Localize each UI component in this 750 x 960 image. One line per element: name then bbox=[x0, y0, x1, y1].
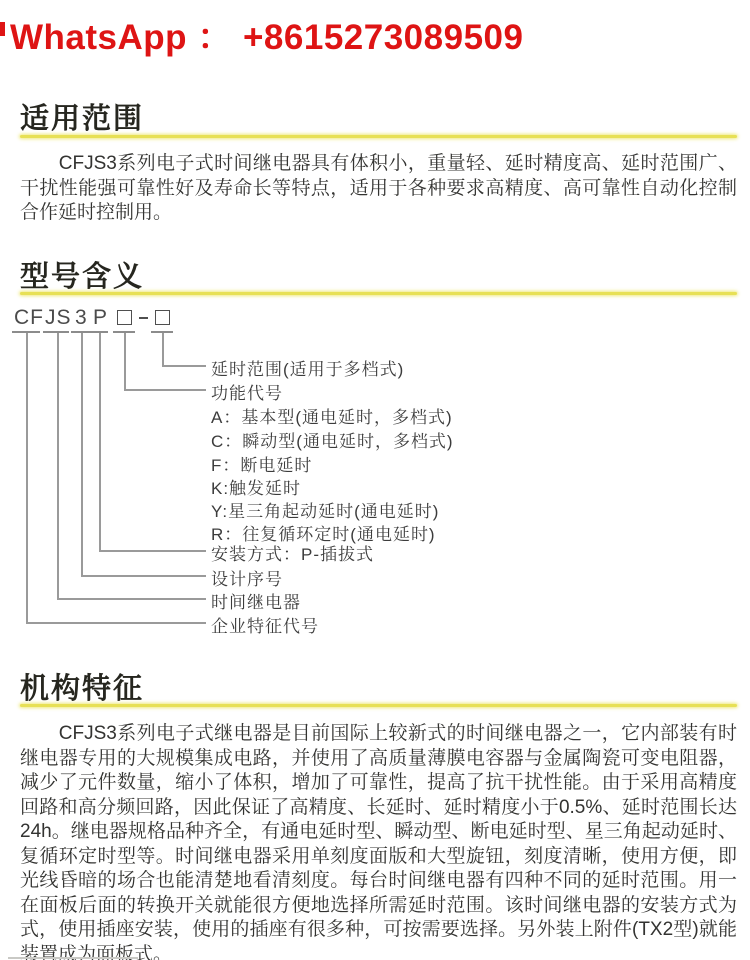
paragraph-line: 在面板后面的转换开关就能很方便地选择所需延时范围。该时间继电器的安装方式为插入 bbox=[20, 894, 737, 919]
model-part-js: JS bbox=[45, 306, 72, 330]
model-placeholder-box-1 bbox=[117, 310, 132, 325]
model-part-p: P bbox=[93, 306, 108, 330]
label-type-a: A：基本型(通电延时，多档式) bbox=[211, 403, 453, 428]
connector-line-3 bbox=[81, 333, 83, 575]
connector-elbow bbox=[57, 598, 206, 600]
model-part-3: 3 bbox=[75, 306, 88, 330]
connector-line-js bbox=[57, 333, 59, 598]
paragraph-line: 继电器专用的大规模集成电路，并使用了高质量薄膜电容器与金属陶瓷可变电阻器，从而 bbox=[20, 747, 737, 772]
label-time-relay: 时间继电器 bbox=[211, 588, 301, 613]
paragraph-line: 式，使用插座安装，使用的插座有很多种，可按需要选择。另外装上附件(TX2型)就能… bbox=[20, 918, 737, 943]
connector-elbow bbox=[81, 575, 206, 577]
whatsapp-contact-banner: WhatsApp ： +8615273089509 bbox=[10, 10, 523, 60]
connector-line-p bbox=[99, 333, 101, 550]
accent-underline bbox=[20, 135, 737, 138]
label-type-k: K:触发延时 bbox=[211, 474, 301, 499]
connector-line-box2 bbox=[162, 333, 164, 365]
paragraph-line: 24h。继电器规格品种齐全，有通电延时型、瞬动型、断电延时型、星三角起动延时、往 bbox=[20, 820, 737, 845]
connector-elbow bbox=[99, 550, 206, 552]
paragraph-line: 复循环定时型等。时间继电器采用单刻度面版和大型旋钮，刻度清晰，使用方便，即使在 bbox=[20, 845, 737, 870]
label-function-code: 功能代号 bbox=[211, 379, 283, 404]
model-placeholder-box-2 bbox=[155, 310, 170, 325]
label-delay-range: 延时范围(适用于多档式) bbox=[211, 355, 404, 380]
label-design-number: 设计序号 bbox=[211, 565, 283, 590]
connector-elbow bbox=[26, 622, 206, 624]
paragraph-line: 回路和高分频回路，因此保证了高精度、长延时、延时精度小于0.5%、延时范围长达 bbox=[20, 796, 737, 821]
connector-elbow bbox=[124, 389, 206, 391]
paragraph-line: CFJS3系列电子式时间继电器具有体积小，重量轻、延时精度高、延时范围广、抗 bbox=[20, 152, 737, 177]
accent-underline bbox=[20, 704, 737, 707]
label-type-y: Y:星三角起动延时(通电延时) bbox=[211, 497, 439, 522]
model-underline bbox=[43, 331, 69, 333]
connector-line-box1 bbox=[124, 333, 126, 389]
scope-paragraph: CFJS3系列电子式时间继电器具有体积小，重量轻、延时精度高、延时范围广、抗 干… bbox=[20, 152, 737, 226]
red-edge-mark bbox=[0, 22, 5, 36]
features-paragraph: CFJS3系列电子式继电器是目前国际上较新式的时间继电器之一，它内部装有时间 继… bbox=[20, 722, 737, 960]
connector-elbow bbox=[162, 365, 206, 367]
model-part-cf: CF bbox=[14, 306, 44, 330]
model-code-diagram: CF JS 3 P 延时范围(适用于多档式) 功能代号 A：基本型(通电延时，多… bbox=[0, 300, 750, 645]
label-mounting-style: 安装方式：P-插拔式 bbox=[211, 540, 374, 565]
paragraph-line: 干扰性能强可靠性好及寿命长等特点，适用于各种要求高精度、高可靠性自动化控制的场 bbox=[20, 177, 737, 202]
section-title-model-meaning: 型号含义 bbox=[20, 254, 144, 295]
paragraph-line: 合作延时控制用。 bbox=[20, 201, 737, 226]
bottom-divider-artifact bbox=[8, 957, 138, 959]
accent-underline bbox=[20, 292, 737, 295]
label-type-c: C：瞬动型(通电延时，多档式) bbox=[211, 427, 454, 452]
label-type-f: F：断电延时 bbox=[211, 451, 312, 476]
paragraph-line: 减少了元件数量，缩小了体积，增加了可靠性，提高了抗干扰性能。由于采用高精度震荡 bbox=[20, 771, 737, 796]
section-title-mechanism-features: 机构特征 bbox=[20, 666, 144, 707]
section-title-applicable-scope: 适用范围 bbox=[20, 96, 144, 137]
model-dash bbox=[139, 317, 148, 319]
paragraph-line: CFJS3系列电子式继电器是目前国际上较新式的时间继电器之一，它内部装有时间 bbox=[20, 722, 737, 747]
paragraph-line: 光线昏暗的场合也能清楚地看清刻度。每台时间继电器有四种不同的延时范围。用一次装 bbox=[20, 869, 737, 894]
label-enterprise-code: 企业特征代号 bbox=[211, 612, 319, 637]
connector-line-cf bbox=[26, 333, 28, 622]
